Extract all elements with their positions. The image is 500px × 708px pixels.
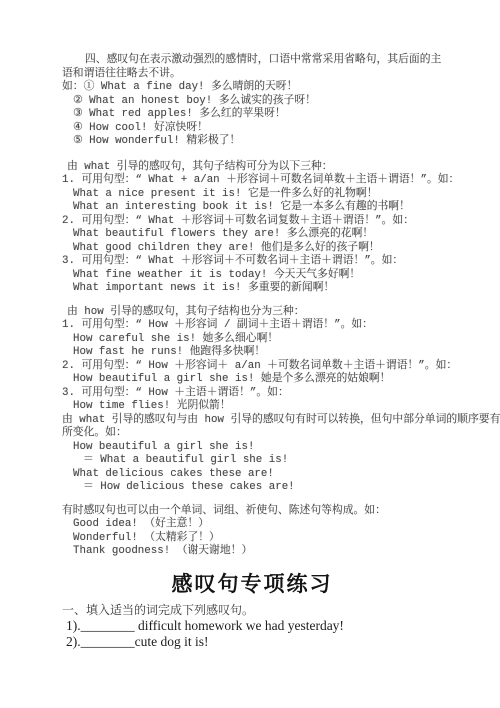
misc-example-2: Wonderful! （太精彩了！） xyxy=(62,532,442,546)
intro-example-4: ④ How cool! 好凉快呀！ xyxy=(62,122,442,136)
how-pattern-3: 3. 可用句型：“ How ＋主语＋谓语！”。如： xyxy=(62,387,442,401)
what-pattern-3-example-1: What fine weather it is today! 今天天气多好啊！ xyxy=(62,269,442,283)
how-pattern-1-example-1: How careful she is! 她多么细心啊！ xyxy=(62,333,442,347)
conversion-pair-1-a: How beautiful a girl she is! xyxy=(62,441,442,455)
grammar-notes: 四、感叹句在表示激动强烈的感情时，口语中常常采用省略句，其后面的主 语和谓语往往… xyxy=(62,54,442,650)
conversion-line-1: 由 what 引导的感叹句与由 how 引导的感叹句有时可以转换，但句中部分单词… xyxy=(62,414,442,428)
how-pattern-1: 1. 可用句型：“ How ＋形容词 / 副词＋主语＋谓语！”。如： xyxy=(62,319,442,333)
how-pattern-2-example-1: How beautiful a girl she is! 她是个多么漂亮的姑娘啊… xyxy=(62,373,442,387)
intro-example-3: ③ What red apples! 多么红的苹果呀！ xyxy=(62,108,442,122)
what-pattern-2: 2. 可用句型：“ What ＋形容词＋可数名词复数＋主语＋谓语！”。如： xyxy=(62,215,442,229)
intro-example-5: ⑤ How wonderful! 精彩极了！ xyxy=(62,135,442,149)
exercise-item-1: 1).________ difficult homework we had ye… xyxy=(62,618,442,634)
what-section-intro: 由 what 引导的感叹句，其句子结构可分为以下三种： xyxy=(62,161,442,175)
intro-example-1: 如：① What a fine day! 多么晴朗的天呀！ xyxy=(62,81,442,95)
conversion-pair-2-b: ＝ How delicious these cakes are! xyxy=(62,481,442,495)
what-pattern-2-example-2: What good children they are! 他们是多么好的孩子啊！ xyxy=(62,242,442,256)
what-pattern-3: 3. 可用句型：“ What ＋形容词＋不可数名词＋主语＋谓语！”。如： xyxy=(62,255,442,269)
misc-example-1: Good idea! （好主意！） xyxy=(62,518,442,532)
conversion-pair-1-b: ＝ What a beautiful girl she is! xyxy=(62,454,442,468)
exercise-section: 感叹句专项练习 一、填入适当的词完成下列感叹句。 1).________ dif… xyxy=(62,569,442,650)
exercise-item-2: 2).________cute dog it is! xyxy=(62,634,442,650)
what-pattern-2-example-1: What beautiful flowers they are! 多么漂亮的花啊… xyxy=(62,228,442,242)
how-pattern-1-example-2: How fast he runs! 他跑得多快啊！ xyxy=(62,346,442,360)
intro-example-2: ② What an honest boy! 多么诚实的孩子呀！ xyxy=(62,95,442,109)
what-pattern-1: 1. 可用句型：“ What + a/an ＋形容词＋可数名词单数＋主语＋谓语！… xyxy=(62,174,442,188)
how-pattern-2: 2. 可用句型：“ How ＋形容词＋ a/an ＋可数名词单数＋主语＋谓语！”… xyxy=(62,360,442,374)
what-pattern-1-example-1: What a nice present it is! 它是一件多么好的礼物啊！ xyxy=(62,188,442,202)
what-pattern-3-example-2: What important news it is! 多重要的新闻啊！ xyxy=(62,282,442,296)
exercise-heading: 感叹句专项练习 xyxy=(62,569,442,599)
how-pattern-3-example-1: How time flies! 光阴似箭！ xyxy=(62,400,442,414)
intro-line-1: 四、感叹句在表示激动强烈的感情时，口语中常常采用省略句，其后面的主 xyxy=(62,54,442,68)
how-section-intro: 由 how 引导的感叹句，其句子结构也分为三种： xyxy=(62,306,442,320)
conversion-section: 由 what 引导的感叹句与由 how 引导的感叹句有时可以转换，但句中部分单词… xyxy=(62,414,442,495)
scanned-document-page: 四、感叹句在表示激动强烈的感情时，口语中常常采用省略句，其后面的主 语和谓语往往… xyxy=(0,0,500,708)
misc-intro: 有时感叹句也可以由一个单词、词组、祈使句、陈述句等构成。如： xyxy=(62,505,442,519)
conversion-line-2: 所变化。如： xyxy=(62,427,442,441)
misc-example-3: Thank goodness! （谢天谢地！） xyxy=(62,545,442,559)
what-pattern-1-example-2: What an interesting book it is! 它是一本多么有趣… xyxy=(62,201,442,215)
misc-section: 有时感叹句也可以由一个单词、词组、祈使句、陈述句等构成。如： Good idea… xyxy=(62,505,442,559)
intro-paragraph: 四、感叹句在表示激动强烈的感情时，口语中常常采用省略句，其后面的主 语和谓语往往… xyxy=(62,54,442,149)
what-section: 由 what 引导的感叹句，其句子结构可分为以下三种： 1. 可用句型：“ Wh… xyxy=(62,161,442,296)
intro-line-2: 语和谓语往往略去不讲。 xyxy=(62,68,442,82)
conversion-pair-2-a: What delicious cakes these are! xyxy=(62,468,442,482)
how-section: 由 how 引导的感叹句，其句子结构也分为三种： 1. 可用句型：“ How ＋… xyxy=(62,306,442,414)
exercise-part-1-title: 一、填入适当的词完成下列感叹句。 xyxy=(62,603,442,618)
